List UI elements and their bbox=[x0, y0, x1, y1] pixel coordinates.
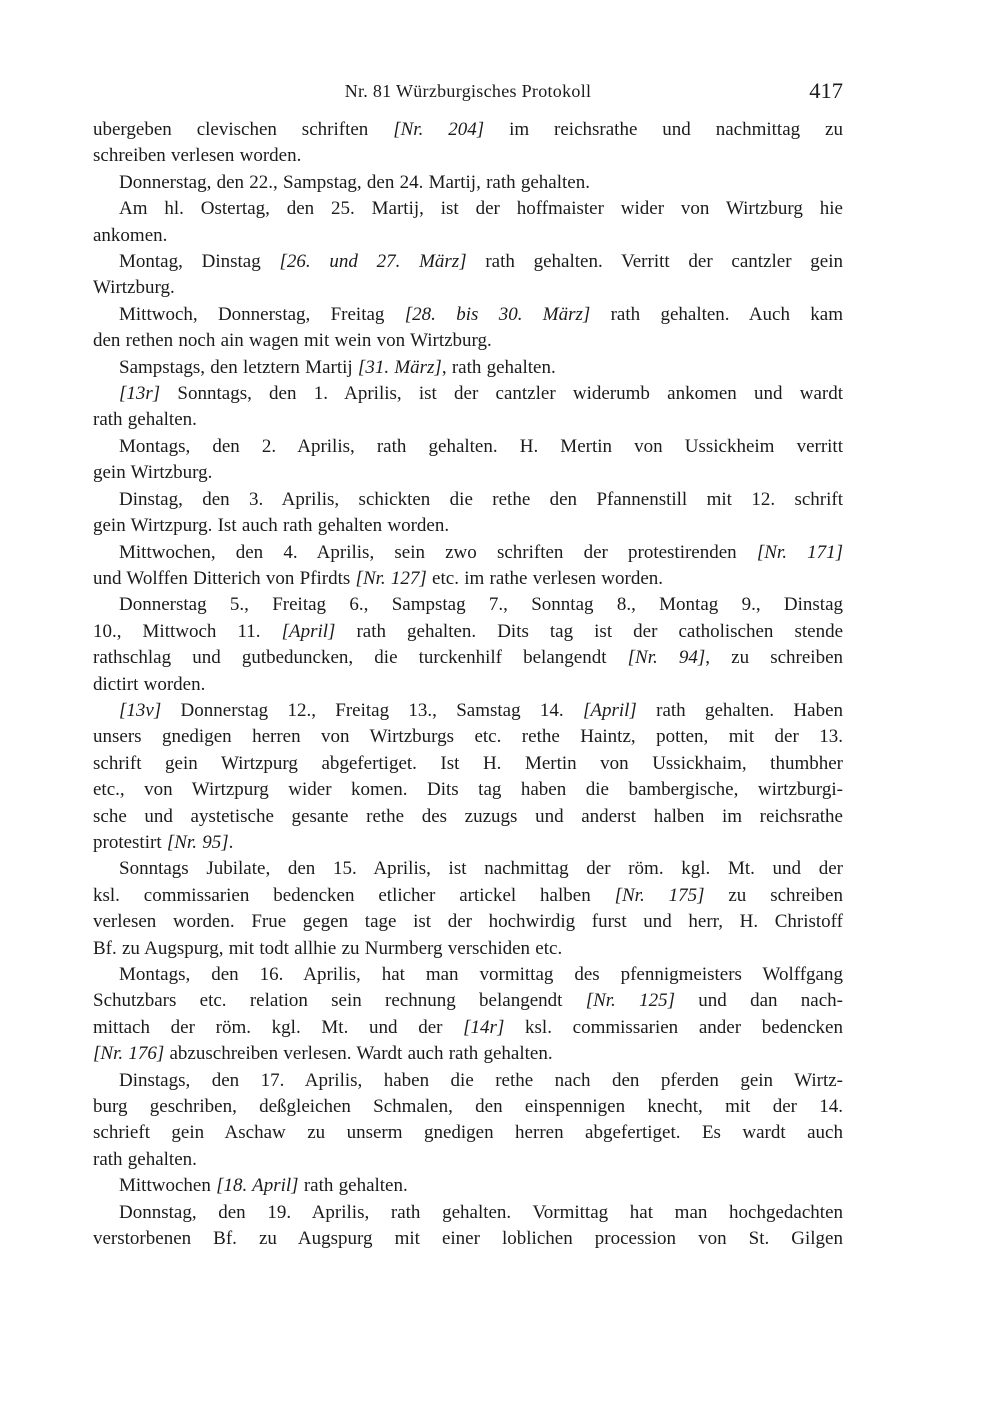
text-line: gein Wirtzpurg. Ist auch rath gehalten w… bbox=[93, 513, 843, 539]
text-line: verstorbenen Bf. zu Augspurg mit einer l… bbox=[93, 1226, 843, 1252]
text-run: Mittwochen bbox=[119, 1175, 216, 1196]
text-line: Wirtzburg. bbox=[93, 275, 843, 301]
text-line: Donnerstag 5., Freitag 6., Sampstag 7., … bbox=[93, 592, 843, 618]
text-run: Am hl. Ostertag, den 25. Martij, ist der… bbox=[119, 198, 843, 219]
text-line: Mittwochen [18. April] rath gehalten. bbox=[93, 1173, 843, 1199]
text-run: Schutzbars etc. relation sein rechnung b… bbox=[93, 990, 586, 1011]
editorial-reference: [13v] bbox=[119, 700, 161, 721]
text-run: , zu schreiben bbox=[705, 647, 843, 668]
text-run: verlesen worden. Frue gegen tage ist der… bbox=[93, 911, 843, 932]
text-run: . bbox=[229, 832, 234, 853]
text-run: Bf. zu Augspurg, mit todt allhie zu Nurm… bbox=[93, 938, 562, 959]
text-line: Donnstag, den 19. Aprilis, rath gehalten… bbox=[93, 1200, 843, 1226]
text-run: schrieft gein Aschaw zu unserm gnedigen … bbox=[93, 1122, 843, 1143]
editorial-reference: [14r] bbox=[463, 1017, 504, 1038]
text-line: [13v] Donnerstag 12., Freitag 13., Samst… bbox=[93, 698, 843, 724]
text-run: 10., Mittwoch 11. bbox=[93, 621, 282, 642]
text-line: ubergeben clevischen schriften [Nr. 204]… bbox=[93, 117, 843, 143]
text-run: Mittwoch, Donnerstag, Freitag bbox=[119, 304, 405, 325]
text-run: Dinstag, den 3. Aprilis, schickten die r… bbox=[119, 489, 843, 510]
text-run: Sonntags, den 1. Aprilis, ist der cantzl… bbox=[160, 383, 843, 404]
text-run: Mittwochen, den 4. Aprilis, sein zwo sch… bbox=[119, 542, 757, 563]
text-run: Montag, Dinstag bbox=[119, 251, 279, 272]
text-line: 10., Mittwoch 11. [April] rath gehalten.… bbox=[93, 619, 843, 645]
text-run: rath gehalten. bbox=[93, 409, 197, 430]
text-line: dictirt worden. bbox=[93, 672, 843, 698]
editorial-reference: [Nr. 171] bbox=[757, 542, 843, 563]
text-run: Wirtzburg. bbox=[93, 277, 175, 298]
text-run: schrift gein Wirtzpurg abgefertiget. Ist… bbox=[93, 753, 843, 774]
text-line: Montags, den 2. Aprilis, rath gehalten. … bbox=[93, 434, 843, 460]
text-run: Donnerstag 5., Freitag 6., Sampstag 7., … bbox=[119, 594, 843, 615]
text-run: mittach der röm. kgl. Mt. und der bbox=[93, 1017, 463, 1038]
editorial-reference: [April] bbox=[282, 621, 336, 642]
text-line: Dinstags, den 17. Aprilis, haben die ret… bbox=[93, 1068, 843, 1094]
text-line: Schutzbars etc. relation sein rechnung b… bbox=[93, 988, 843, 1014]
editorial-reference: [Nr. 175] bbox=[615, 885, 705, 906]
text-run: Sonntags Jubilate, den 15. Aprilis, ist … bbox=[119, 858, 843, 879]
text-line: schreiben verlesen worden. bbox=[93, 143, 843, 169]
text-line: rath gehalten. bbox=[93, 1147, 843, 1173]
text-run: rathschlag und gutbeduncken, die turcken… bbox=[93, 647, 628, 668]
editorial-reference: [Nr. 176] bbox=[93, 1043, 164, 1064]
text-run: gein Wirtzburg. bbox=[93, 462, 212, 483]
running-header-title: Nr. 81 Würzburgisches Protokoll bbox=[93, 79, 843, 103]
text-line: Am hl. Ostertag, den 25. Martij, ist der… bbox=[93, 196, 843, 222]
text-line: Sonntags Jubilate, den 15. Aprilis, ist … bbox=[93, 856, 843, 882]
text-line: gein Wirtzburg. bbox=[93, 460, 843, 486]
text-run: Dinstags, den 17. Aprilis, haben die ret… bbox=[119, 1070, 843, 1091]
text-run: rath gehalten. Dits tag ist der catholis… bbox=[335, 621, 843, 642]
text-line: sche und aystetische gesante rethe des z… bbox=[93, 804, 843, 830]
editorial-reference: [26. und 27. März] bbox=[279, 251, 466, 272]
text-run: , rath gehalten. bbox=[442, 357, 556, 378]
text-line: Montag, Dinstag [26. und 27. März] rath … bbox=[93, 249, 843, 275]
text-run: rath gehalten. Auch kam bbox=[590, 304, 843, 325]
text-run: und dan nach- bbox=[675, 990, 843, 1011]
page-number: 417 bbox=[809, 79, 843, 103]
text-line: verlesen worden. Frue gegen tage ist der… bbox=[93, 909, 843, 935]
text-line: und Wolffen Ditterich von Pfirdts [Nr. 1… bbox=[93, 566, 843, 592]
text-line: Donnerstag, den 22., Sampstag, den 24. M… bbox=[93, 170, 843, 196]
editorial-reference: [Nr. 94] bbox=[628, 647, 706, 668]
text-run: Montags, den 16. Aprilis, hat man vormit… bbox=[119, 964, 843, 985]
text-run: unsers gnedigen herren von Wirtzburgs et… bbox=[93, 726, 843, 747]
book-page: Nr. 81 Würzburgisches Protokoll 417 uber… bbox=[0, 0, 1004, 1418]
text-line: mittach der röm. kgl. Mt. und der [14r] … bbox=[93, 1015, 843, 1041]
editorial-reference: [28. bis 30. März] bbox=[405, 304, 591, 325]
editorial-reference: [Nr. 127] bbox=[356, 568, 427, 589]
text-run: etc. im rathe verlesen worden. bbox=[427, 568, 663, 589]
text-line: Sampstags, den letztern Martij [31. März… bbox=[93, 355, 843, 381]
text-run: zu schreiben bbox=[704, 885, 843, 906]
text-line: rathschlag und gutbeduncken, die turcken… bbox=[93, 645, 843, 671]
text-line: Mittwoch, Donnerstag, Freitag [28. bis 3… bbox=[93, 302, 843, 328]
text-run: und Wolffen Ditterich von Pfirdts bbox=[93, 568, 356, 589]
text-line: rath gehalten. bbox=[93, 407, 843, 433]
text-run: Sampstags, den letztern Martij bbox=[119, 357, 358, 378]
editorial-reference: [31. März] bbox=[358, 357, 442, 378]
text-run: gein Wirtzpurg. Ist auch rath gehalten w… bbox=[93, 515, 449, 536]
page-text: ubergeben clevischen schriften [Nr. 204]… bbox=[93, 117, 843, 1252]
text-line: etc., von Wirtzpurg wider komen. Dits ta… bbox=[93, 777, 843, 803]
text-run: ksl. commissarien ander bedencken bbox=[504, 1017, 843, 1038]
text-line: unsers gnedigen herren von Wirtzburgs et… bbox=[93, 724, 843, 750]
text-run: Montags, den 2. Aprilis, rath gehalten. … bbox=[119, 436, 843, 457]
text-run: dictirt worden. bbox=[93, 674, 205, 695]
editorial-reference: [Nr. 125] bbox=[586, 990, 675, 1011]
text-run: ubergeben clevischen schriften bbox=[93, 119, 393, 140]
text-line: den rethen noch ain wagen mit wein von W… bbox=[93, 328, 843, 354]
text-line: protestirt [Nr. 95]. bbox=[93, 830, 843, 856]
editorial-reference: [Nr. 95] bbox=[167, 832, 229, 853]
text-line: schrift gein Wirtzpurg abgefertiget. Ist… bbox=[93, 751, 843, 777]
editorial-reference: [April] bbox=[583, 700, 637, 721]
text-run: protestirt bbox=[93, 832, 167, 853]
text-line: [Nr. 176] abzuschreiben verlesen. Wardt … bbox=[93, 1041, 843, 1067]
text-line: ankomen. bbox=[93, 223, 843, 249]
editorial-reference: [18. April] bbox=[216, 1175, 299, 1196]
text-run: etc., von Wirtzpurg wider komen. Dits ta… bbox=[93, 779, 843, 800]
text-line: Dinstag, den 3. Aprilis, schickten die r… bbox=[93, 487, 843, 513]
text-run: rath gehalten. bbox=[299, 1175, 408, 1196]
text-run: abzuschreiben verlesen. Wardt auch rath … bbox=[164, 1043, 552, 1064]
text-run: Donnerstag 12., Freitag 13., Samstag 14. bbox=[161, 700, 583, 721]
text-run: den rethen noch ain wagen mit wein von W… bbox=[93, 330, 492, 351]
text-run: schreiben verlesen worden. bbox=[93, 145, 301, 166]
text-run: rath gehalten. Verritt der cantzler gein bbox=[467, 251, 843, 272]
text-line: Montags, den 16. Aprilis, hat man vormit… bbox=[93, 962, 843, 988]
text-run: verstorbenen Bf. zu Augspurg mit einer l… bbox=[93, 1228, 843, 1249]
text-run: im reichsrathe und nachmittag zu bbox=[484, 119, 843, 140]
text-run: Donnerstag, den 22., Sampstag, den 24. M… bbox=[119, 172, 590, 193]
text-run: Donnstag, den 19. Aprilis, rath gehalten… bbox=[119, 1202, 843, 1223]
text-line: schrieft gein Aschaw zu unserm gnedigen … bbox=[93, 1120, 843, 1146]
text-run: burg geschriben, deßgleichen Schmalen, d… bbox=[93, 1096, 843, 1117]
text-line: Bf. zu Augspurg, mit todt allhie zu Nurm… bbox=[93, 936, 843, 962]
text-run: sche und aystetische gesante rethe des z… bbox=[93, 806, 843, 827]
text-run: rath gehalten. Haben bbox=[637, 700, 843, 721]
editorial-reference: [Nr. 204] bbox=[393, 119, 484, 140]
text-run: ankomen. bbox=[93, 225, 167, 246]
text-line: burg geschriben, deßgleichen Schmalen, d… bbox=[93, 1094, 843, 1120]
text-run: rath gehalten. bbox=[93, 1149, 197, 1170]
editorial-reference: [13r] bbox=[119, 383, 160, 404]
text-run: ksl. commissarien bedencken etlicher art… bbox=[93, 885, 615, 906]
text-line: Mittwochen, den 4. Aprilis, sein zwo sch… bbox=[93, 540, 843, 566]
text-line: ksl. commissarien bedencken etlicher art… bbox=[93, 883, 843, 909]
running-header: Nr. 81 Würzburgisches Protokoll 417 bbox=[93, 79, 843, 103]
text-line: [13r] Sonntags, den 1. Aprilis, ist der … bbox=[93, 381, 843, 407]
